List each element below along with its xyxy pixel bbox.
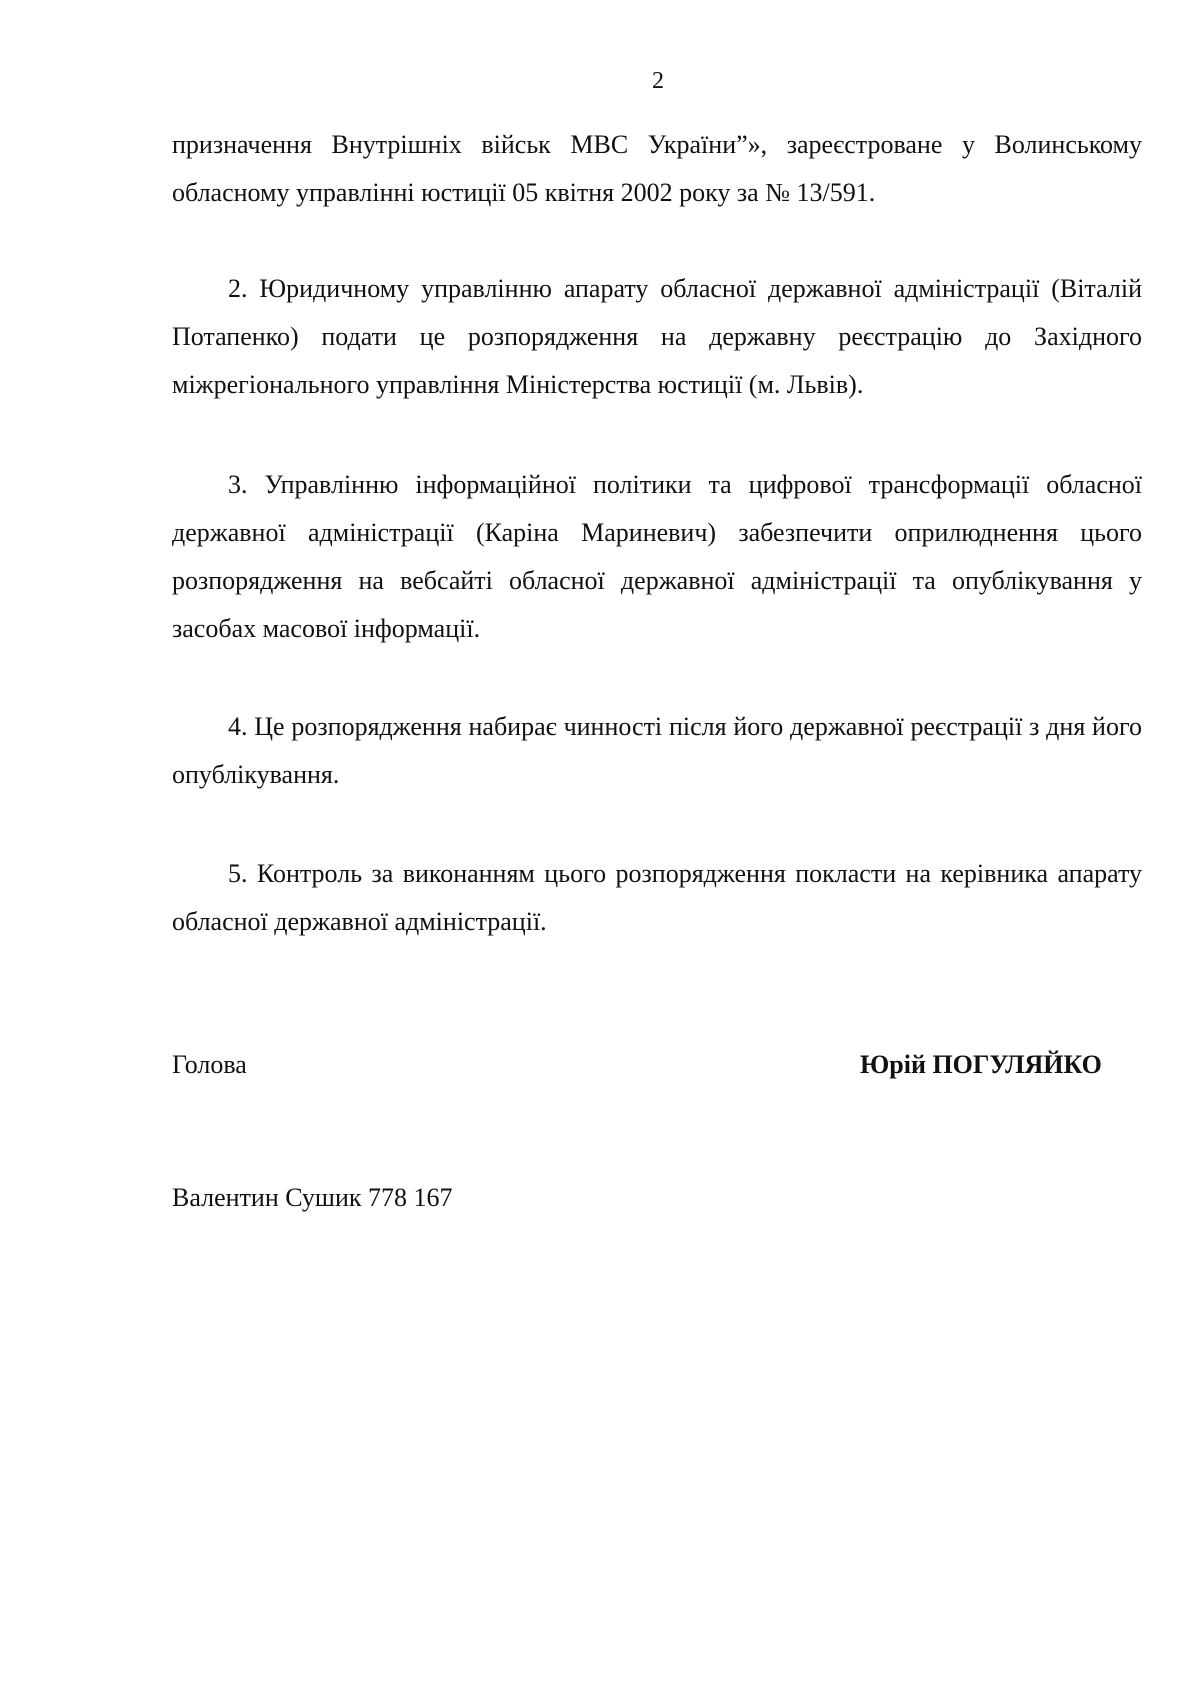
signature-title: Голова — [172, 1050, 247, 1080]
paragraph-3-text: 3. Управлінню інформаційної політики та … — [172, 461, 1142, 653]
paragraph-item-5: 5. Контроль за виконанням цього розпоряд… — [172, 850, 1142, 946]
signature-name: Юрій ПОГУЛЯЙКО — [860, 1050, 1102, 1080]
paragraph-continuation: призначення Внутрішніх військ МВС Україн… — [172, 121, 1142, 217]
paragraph-2-text: 2. Юридичному управлінню апарату обласно… — [172, 265, 1142, 409]
paragraph-1-text: призначення Внутрішніх військ МВС Україн… — [172, 121, 1142, 217]
paragraph-item-3: 3. Управлінню інформаційної політики та … — [172, 461, 1142, 653]
paragraph-5-text: 5. Контроль за виконанням цього розпоряд… — [172, 850, 1142, 946]
executor-contact: Валентин Сушик 778 167 — [172, 1183, 453, 1213]
paragraph-item-4: 4. Це розпорядження набирає чинності піс… — [172, 703, 1142, 799]
page-number: 2 — [0, 68, 1200, 95]
paragraph-4-text: 4. Це розпорядження набирає чинності піс… — [172, 703, 1142, 799]
paragraph-item-2: 2. Юридичному управлінню апарату обласно… — [172, 265, 1142, 409]
